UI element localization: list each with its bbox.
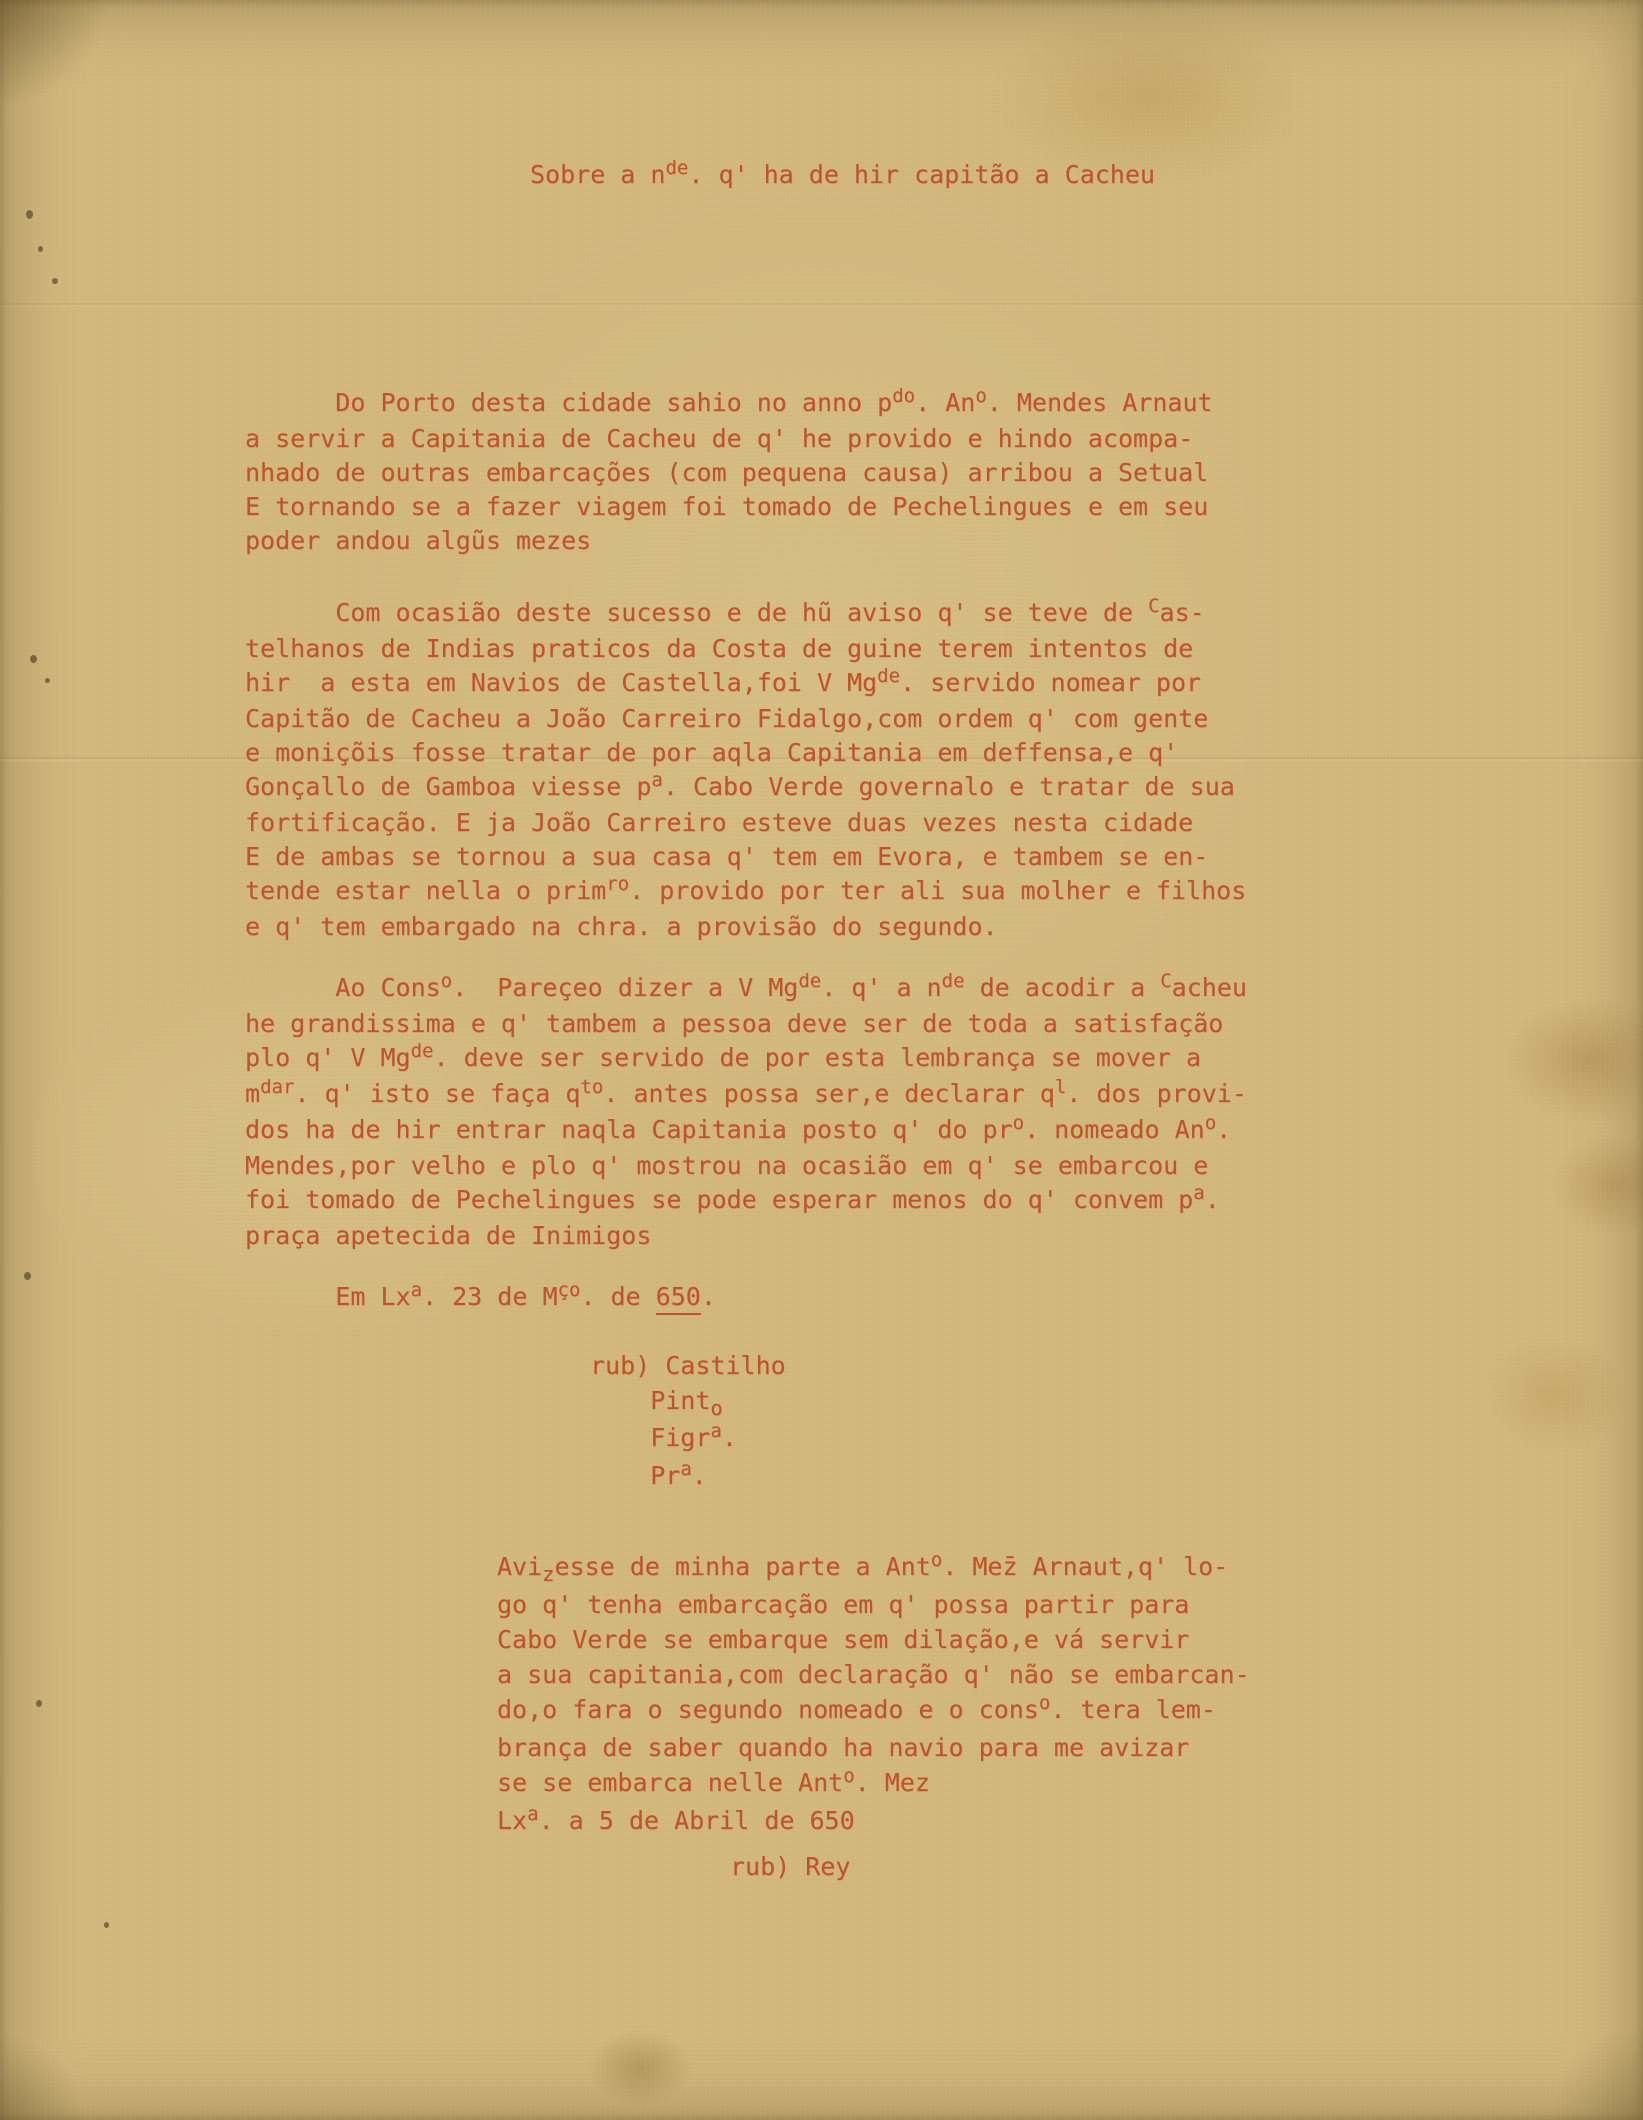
wormhole-speck	[24, 1272, 31, 1280]
paragraph-appointment: Com ocasião deste sucesso e de hũ aviso …	[245, 596, 1246, 944]
wormhole-speck	[26, 210, 33, 219]
wormhole-speck	[30, 655, 37, 663]
paragraph-council-opinion: Ao Conso. Pareçeo dizer a V Mgde. q' a n…	[245, 971, 1247, 1253]
document-title: Sobre a nde. q' ha de hir capitão a Cach…	[530, 158, 1155, 194]
council-signatures: rub) Castilho Pinto Figra. Pra.	[590, 1348, 786, 1496]
wormhole-speck	[45, 678, 50, 683]
paragraph-voyage: Do Porto desta cidade sahio no anno pdo.…	[245, 386, 1213, 558]
wormhole-speck	[36, 1700, 42, 1707]
wormhole-speck	[38, 246, 43, 252]
fold-crease	[0, 303, 1643, 305]
date-line: Em Lxa. 23 de Mço. de 650.	[245, 1280, 716, 1316]
royal-signature: rub) Rey	[730, 1850, 850, 1884]
royal-order-note: Avizesse de minha parte a Anto. Mez̄ Arn…	[497, 1549, 1250, 1841]
wormhole-speck	[52, 278, 58, 284]
manuscript-page: Sobre a nde. q' ha de hir capitão a Cach…	[0, 0, 1643, 2120]
wormhole-speck	[104, 1922, 109, 1928]
